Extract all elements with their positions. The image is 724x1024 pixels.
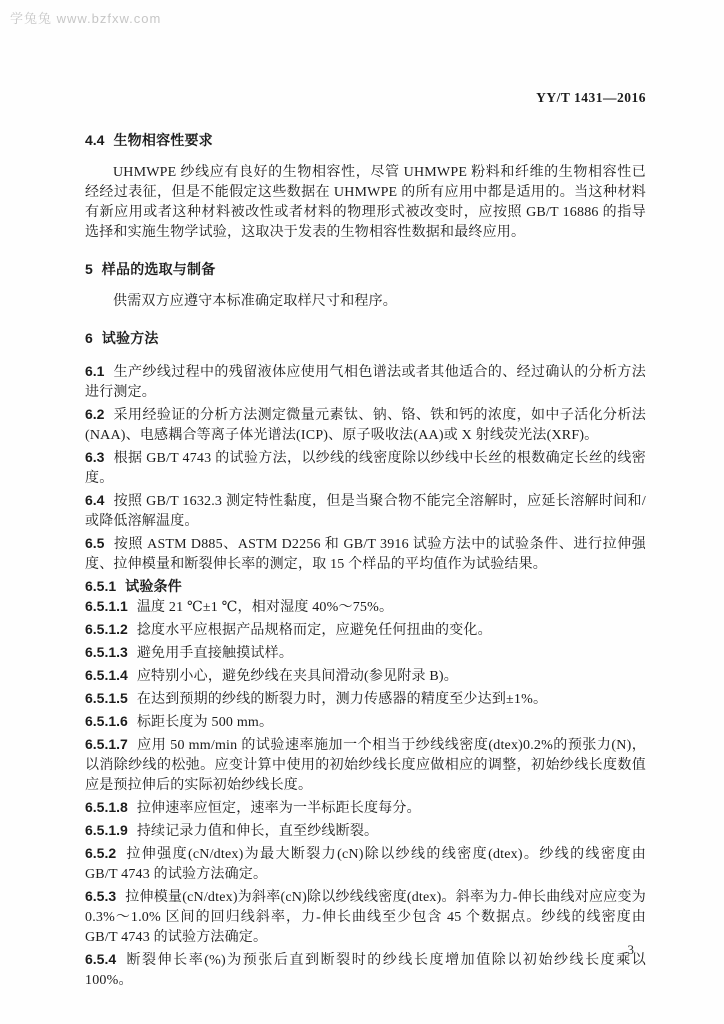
clause-6-5-1-3: 6.5.1.3避免用手直接触摸试样。 [85, 642, 646, 664]
paragraph-text: 供需双方应遵守本标准确定取样尺寸和程序。 [113, 294, 397, 309]
clause-text: 温度 21 ℃±1 ℃，相对湿度 40%～75%。 [137, 600, 393, 615]
clause-number: 6.5.1.2 [85, 621, 128, 637]
clause-text: 拉伸速率应恒定，速率为一半标距长度每分。 [137, 801, 421, 816]
clause-text: 根据 GB/T 4743 的试验方法，以纱线的线密度除以纱线中长丝的根数确定长丝… [85, 451, 646, 486]
clause-number: 6.5 [85, 535, 104, 551]
doc-number: YY/T 1431—2016 [85, 90, 646, 106]
clause-heading-6-5-1: 6.5.1试验条件 [85, 576, 646, 596]
clause-6-4: 6.4按照 GB/T 1632.3 测定特性黏度，但是当聚合物不能完全溶解时，应… [85, 490, 646, 532]
clause-text: 生产纱线过程中的残留液体应使用气相色谱法或者其他适合的、经过确认的分析方法进行测… [85, 365, 646, 400]
clause-6-5-1-2: 6.5.1.2捻度水平应根据产品规格而定，应避免任何扭曲的变化。 [85, 619, 646, 641]
clause-6-5-1-6: 6.5.1.6标距长度为 500 mm。 [85, 711, 646, 733]
clause-text: 持续记录力值和伸长，直至纱线断裂。 [137, 824, 378, 839]
clause-text: 应用 50 mm/min 的试验速率施加一个相当于纱线线密度(dtex)0.2%… [85, 738, 646, 793]
clause-6-5-1-1: 6.5.1.1温度 21 ℃±1 ℃，相对湿度 40%～75%。 [85, 596, 646, 618]
clause-6-5: 6.5按照 ASTM D885、ASTM D2256 和 GB/T 3916 试… [85, 533, 646, 575]
clause-text: 在达到预期的纱线的断裂力时，测力传感器的精度至少达到±1%。 [137, 692, 547, 707]
clause-number: 6.5.1.9 [85, 822, 128, 838]
clause-number: 6.5.1.8 [85, 799, 128, 815]
document-page: 学兔兔 www.bzfxw.com YY/T 1431—2016 4.4生物相容… [0, 0, 724, 1024]
section-number: 4.4 [85, 132, 104, 148]
clause-number: 6.5.2 [85, 845, 116, 861]
clause-number: 6.3 [85, 449, 104, 465]
clause-number: 6.4 [85, 492, 104, 508]
clause-number: 6.5.1.1 [85, 598, 128, 614]
section-heading-5: 5样品的选取与制备 [85, 259, 646, 279]
page-content: YY/T 1431—2016 4.4生物相容性要求 UHMWPE 纱线应有良好的… [85, 0, 646, 992]
clause-number: 6.5.3 [85, 888, 116, 904]
clause-text: 断裂伸长率(%)为预张后直到断裂时的纱线长度增加值除以初始纱线长度乘以 100%… [85, 953, 646, 988]
clause-number: 6.5.4 [85, 951, 116, 967]
clause-number: 6.5.1.5 [85, 690, 128, 706]
clause-text: 采用经验证的分析方法测定微量元素钛、钠、铬、铁和钙的浓度，如中子活化分析法(NA… [85, 408, 646, 443]
clause-6-5-1-9: 6.5.1.9持续记录力值和伸长，直至纱线断裂。 [85, 820, 646, 842]
paragraph-sampling: 供需双方应遵守本标准确定取样尺寸和程序。 [85, 292, 646, 312]
clause-number: 6.5.1.4 [85, 667, 128, 683]
clause-6-5-2: 6.5.2拉伸强度(cN/dtex)为最大断裂力(cN)除以纱线的线密度(dte… [85, 843, 646, 885]
clause-6-5-3: 6.5.3拉伸模量(cN/dtex)为斜率(cN)除以纱线线密度(dtex)。斜… [85, 886, 646, 948]
section-number: 6 [85, 330, 93, 346]
clause-6-5-1-8: 6.5.1.8拉伸速率应恒定，速率为一半标距长度每分。 [85, 797, 646, 819]
clause-text: 避免用手直接触摸试样。 [137, 646, 293, 661]
clause-text: 拉伸模量(cN/dtex)为斜率(cN)除以纱线线密度(dtex)。斜率为力-伸… [85, 890, 646, 945]
section-title: 生物相容性要求 [113, 132, 212, 148]
paragraph-biocompatibility: UHMWPE 纱线应有良好的生物相容性，尽管 UHMWPE 粉料和纤维的生物相容… [85, 163, 646, 243]
clause-6-2: 6.2采用经验证的分析方法测定微量元素钛、钠、铬、铁和钙的浓度，如中子活化分析法… [85, 404, 646, 446]
section-number: 5 [85, 261, 93, 277]
clause-number: 6.5.1 [85, 578, 116, 594]
clause-text: 应特别小心，避免纱线在夹具间滑动(参见附录 B)。 [137, 669, 458, 684]
clause-number: 6.5.1.6 [85, 713, 128, 729]
paragraph-text: UHMWPE 纱线应有良好的生物相容性，尽管 UHMWPE 粉料和纤维的生物相容… [85, 165, 646, 240]
clause-6-3: 6.3根据 GB/T 4743 的试验方法，以纱线的线密度除以纱线中长丝的根数确… [85, 447, 646, 489]
clause-6-5-1-7: 6.5.1.7应用 50 mm/min 的试验速率施加一个相当于纱线线密度(dt… [85, 734, 646, 796]
clause-text: 标距长度为 500 mm。 [137, 715, 273, 730]
clause-6-5-1-4: 6.5.1.4应特别小心，避免纱线在夹具间滑动(参见附录 B)。 [85, 665, 646, 687]
section-heading-4-4: 4.4生物相容性要求 [85, 130, 646, 150]
clause-number: 6.2 [85, 406, 104, 422]
clause-number: 6.5.1.3 [85, 644, 128, 660]
clause-text: 捻度水平应根据产品规格而定，应避免任何扭曲的变化。 [137, 623, 492, 638]
clause-number: 6.1 [85, 363, 104, 379]
section-title: 样品的选取与制备 [102, 261, 216, 277]
clause-text: 拉伸强度(cN/dtex)为最大断裂力(cN)除以纱线的线密度(dtex)。纱线… [85, 847, 646, 882]
clause-6-5-4: 6.5.4断裂伸长率(%)为预张后直到断裂时的纱线长度增加值除以初始纱线长度乘以… [85, 949, 646, 991]
page-number: 3 [628, 942, 635, 958]
clause-text: 按照 GB/T 1632.3 测定特性黏度，但是当聚合物不能完全溶解时，应延长溶… [85, 494, 646, 529]
clause-number: 6.5.1.7 [85, 736, 128, 752]
section-title: 试验方法 [102, 330, 159, 346]
section-heading-6: 6试验方法 [85, 328, 646, 348]
clause-6-5-1-5: 6.5.1.5在达到预期的纱线的断裂力时，测力传感器的精度至少达到±1%。 [85, 688, 646, 710]
clause-6-1: 6.1生产纱线过程中的残留液体应使用气相色谱法或者其他适合的、经过确认的分析方法… [85, 361, 646, 403]
clause-title: 试验条件 [125, 578, 182, 594]
clause-text: 按照 ASTM D885、ASTM D2256 和 GB/T 3916 试验方法… [85, 537, 646, 572]
